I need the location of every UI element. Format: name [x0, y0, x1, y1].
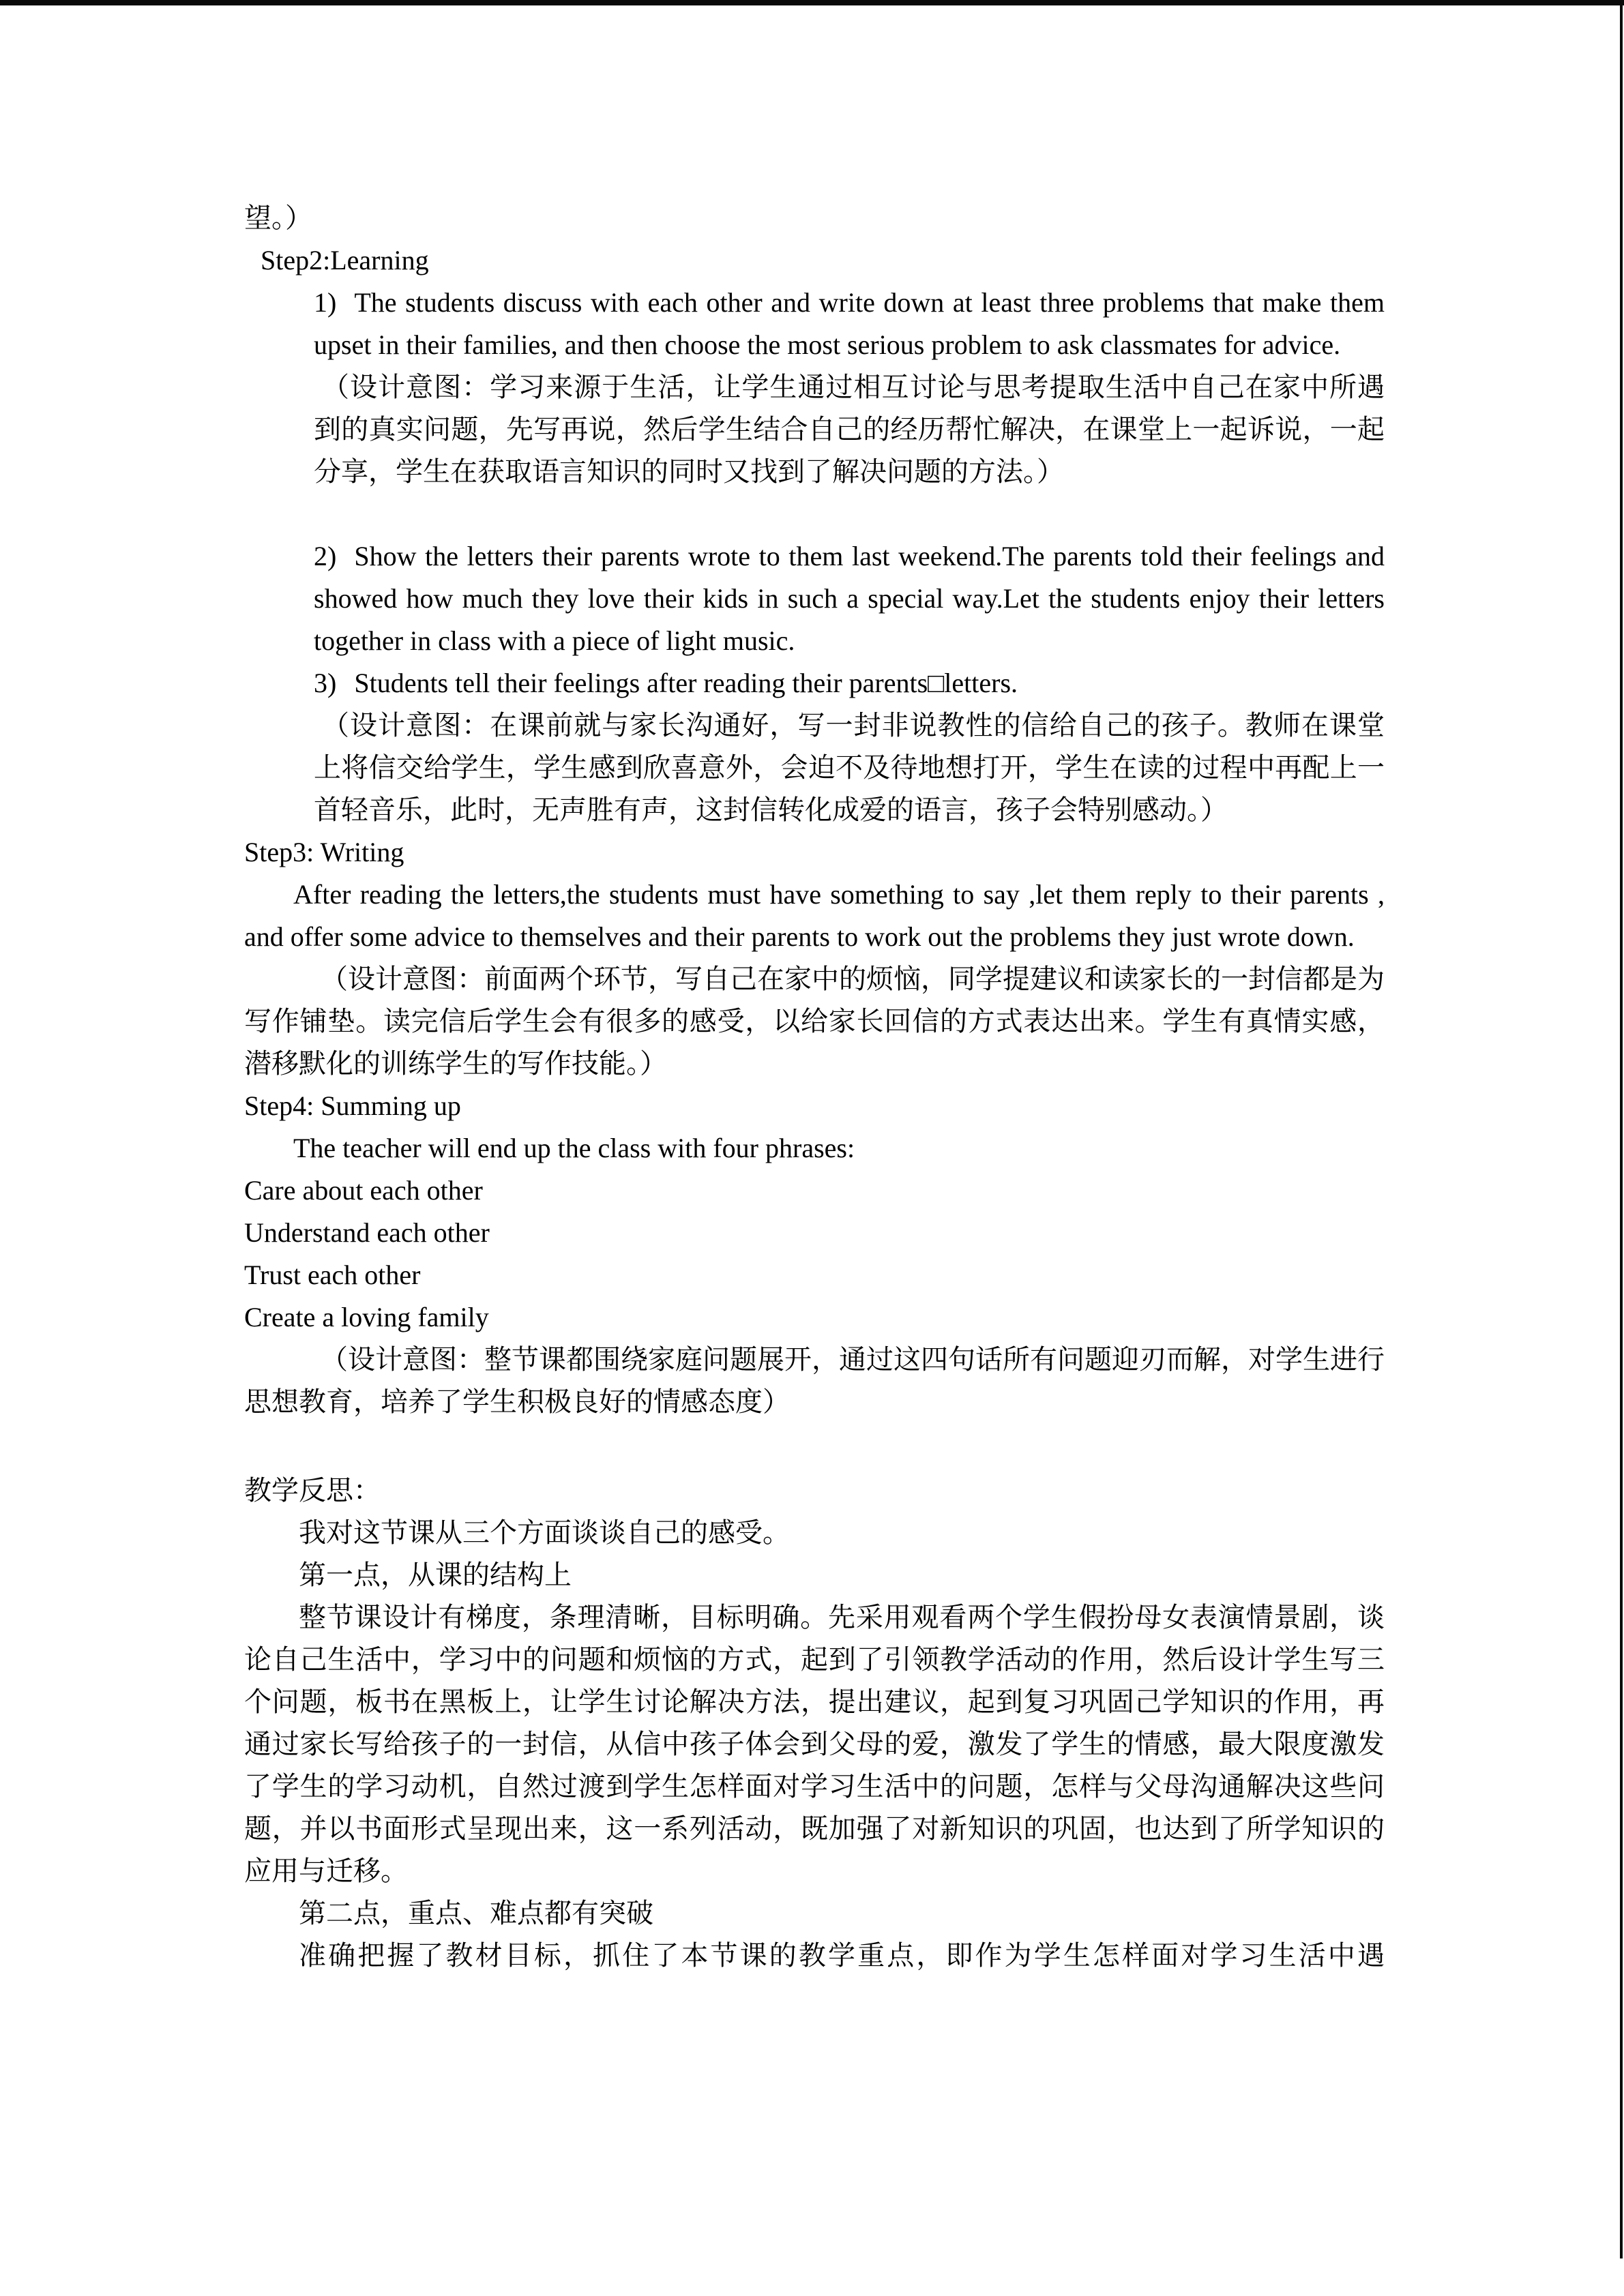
document-page: 望。） Step2:Learning 1)The students discus… [244, 197, 1385, 1977]
blank-line [244, 1423, 1385, 1470]
design-note-item3: （设计意图：在课前就与家长沟通好，写一封非说教性的信给自己的孩子。教师在课堂上将… [314, 704, 1385, 831]
scan-edge-top [0, 0, 1624, 5]
phrase-trust: Trust each other [244, 1254, 1385, 1296]
list-item-1-text: The students discuss with each other and… [314, 287, 1385, 360]
phrase-create: Create a loving family [244, 1296, 1385, 1339]
reflection-intro: 我对这节课从三个方面谈谈自己的感受。 [244, 1512, 1385, 1554]
list-item-3-text: Students tell their feelings after readi… [354, 668, 1018, 698]
design-note-item1: （设计意图：学习来源于生活，让学生通过相互讨论与思考提取生活中自己在家中所遇到的… [314, 366, 1385, 493]
step3-heading: Step3: Writing [244, 831, 1385, 874]
step2-heading: Step2:Learning [244, 239, 1385, 282]
list-item-2-number: 2) [314, 541, 354, 571]
design-note-step3: （设计意图：前面两个环节，写自己在家中的烦恼，同学提建议和读家长的一封信都是为写… [244, 958, 1385, 1085]
phrase-care: Care about each other [244, 1169, 1385, 1212]
list-item-2-text: Show the letters their parents wrote to … [314, 541, 1385, 656]
blank-line [314, 493, 1385, 535]
list-item-2: 2)Show the letters their parents wrote t… [314, 535, 1385, 662]
scan-edge-right [1620, 0, 1623, 2258]
list-item-3-number: 3) [314, 668, 354, 698]
reflection-point1-body: 整节课设计有梯度，条理清晰，目标明确。先采用观看两个学生假扮母女表演情景剧，谈论… [244, 1596, 1385, 1892]
design-note-step4: （设计意图：整节课都围绕家庭问题展开，通过这四句话所有问题迎刃而解，对学生进行思… [244, 1339, 1385, 1423]
step4-lead: The teacher will end up the class with f… [244, 1127, 1385, 1169]
closing-line: 望。） [244, 197, 1385, 239]
list-item-3: 3)Students tell their feelings after rea… [314, 662, 1385, 704]
list-item-1-number: 1) [314, 287, 354, 318]
step4-heading: Step4: Summing up [244, 1085, 1385, 1127]
reflection-point2-body: 准确把握了教材目标，抓住了本节课的教学重点，即作为学生怎样面对学习生活中遇 [244, 1935, 1385, 1977]
reflection-point1-title: 第一点，从课的结构上 [244, 1554, 1385, 1596]
step2-list: 1)The students discuss with each other a… [314, 282, 1385, 831]
list-item-1: 1)The students discuss with each other a… [314, 282, 1385, 366]
phrase-understand: Understand each other [244, 1212, 1385, 1254]
reflection-title: 教学反思： [244, 1470, 1385, 1512]
step3-paragraph: After reading the letters,the students m… [244, 874, 1385, 958]
reflection-point2-title: 第二点，重点、难点都有突破 [244, 1892, 1385, 1935]
